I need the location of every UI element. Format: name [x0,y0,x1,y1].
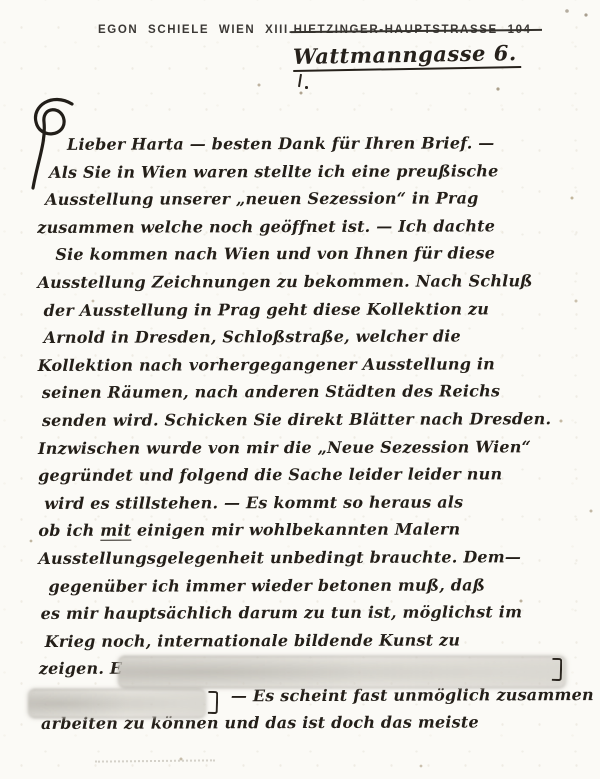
handwriting-line: gegründet und folgend die Sache leider l… [38,464,588,494]
handwriting-line: gegenüber ich immer wieder betonen muß, … [48,575,588,604]
handwriting-line: Ausstellung Zeichnungen zu bekommen. Nac… [37,271,587,301]
letter-scan-page: EGON SCHIELE WIEN XIII.HIETZINGER-HAUPTS… [0,0,600,779]
handwriting-line: wird es stillstehen. — Es kommt so herau… [44,492,588,521]
handwriting-line: seinen Räumen, nach anderen Städten des … [42,381,588,410]
letterhead-name: EGON SCHIELE WIEN XIII. [98,24,294,36]
handwriting-line: der Ausstellung in Prag geht diese Kolle… [44,299,588,328]
ink-bracket-mark [552,658,563,681]
handwriting-line: Inzwischen wurde von mir die „Neue Sezes… [38,437,588,467]
handwritten-address: Wattmanngasse 6. [293,40,521,72]
erasure-smudge-wide [118,656,566,688]
scan-specks [0,0,2,2]
scan-artifact-dashes [95,759,215,762]
handwriting-line: Lieber Harta — besten Dank für Ihren Bri… [67,133,587,162]
erasure-smudge-small [28,689,206,718]
handwriting-line: zusammen welche noch geöffnet ist. — Ich… [37,216,587,246]
letterhead-struck-address: HIETZINGER-HAUPTSTRASSE 104 [294,24,532,36]
letter-body: Lieber Harta — besten Dank für Ihren Bri… [37,133,589,742]
handwriting-line: Ausstellungsgelegenheit unbedingt brauch… [38,547,588,577]
ink-bracket-mark [208,691,219,714]
pen-tick-mark [298,74,302,87]
handwriting-line: Sie kommen nach Wien und von Ihnen für d… [55,243,587,272]
letterhead: EGON SCHIELE WIEN XIII.HIETZINGER-HAUPTS… [98,24,532,36]
handwriting-line: Krieg noch, internationale bildende Kuns… [45,630,589,659]
handwriting-line: Arnold in Dresden, Schloßstraße, welcher… [44,326,588,355]
handwriting-line: — Es scheint fast unmöglich zusammen [231,685,589,714]
handwriting-line: es mir hauptsächlich darum zu tun ist, m… [41,602,589,632]
handwriting-line: ob ich mit einigen mir wohlbekannten Mal… [38,519,588,549]
underlined-word: mit [100,521,131,541]
line-segment: einigen mir wohlbekannten Malern [131,520,460,540]
line-segment: ob ich [38,521,100,540]
handwriting-line: Ausstellung unserer „neuen Sezession“ in… [45,188,587,217]
pen-dot-mark [305,86,308,89]
handwriting-line: Als Sie in Wien waren stellte ich eine p… [49,161,587,190]
handwriting-line: Kollektion nach vorhergegangener Ausstel… [38,354,588,384]
handwriting-line: senden wird. Schicken Sie direkt Blätter… [42,409,588,438]
